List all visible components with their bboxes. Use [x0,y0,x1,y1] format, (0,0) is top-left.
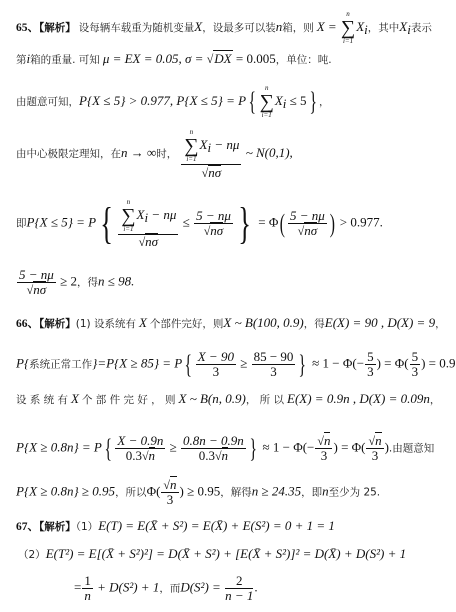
analysis-tag: 【解析】 [39,521,76,533]
p66-line-1: 66、【解析】(1) 设系统有 X 个部件完好，则X ~ B(100, 0.9)… [16,316,446,331]
analysis-tag: 【解析】 [39,22,76,34]
analysis-tag: 【解析】 [39,318,76,330]
p65-line-1: 65、【解析】 设每辆车载重为随机变量X，设最多可以装n箱，则 X = n∑i=… [16,10,432,46]
p65-line-6: 5 − nμ√nσ ≥ 2，得n ≤ 98. [16,268,134,297]
p67-line-3: =1n + D(S²) + 1，而D(S²) = 2n − 1. [74,574,258,603]
problem-number: 65、 [16,22,39,34]
p66-line-4: P{X ≥ 0.8n} = P{X − 0.9n0.3√n ≥ 0.8n − 0… [16,434,434,463]
summation: n∑i=1 [341,10,355,46]
problem-number: 67、 [16,521,39,533]
p65-line-4: 由中心极限定理知，在n → ∞时， n∑i=1Xi − nμ√nσ ~ N(0,… [16,128,293,180]
p66-line-3: 设 系 统 有 X 个 部 件 完 好 ， 则 X ~ B(n, 0.9)， 所… [16,392,440,407]
fraction: n∑i=1Xi − nμ√nσ [181,128,241,180]
p65-line-5: 即P{X ≤ 5} = P{n∑i=1Xi − nμ√nσ ≤ 5 − nμ√n… [16,198,383,249]
sqrt: √DX [207,52,233,66]
p67-line-2: （2）E(T²) = E[(X̄ + S²)²] = D(X̄ + S²) + … [18,547,406,562]
p66-line-5: P{X ≥ 0.8n} ≥ 0.95，所以Φ(√n3) ≥ 0.95，解得n ≥… [16,478,380,507]
p65-line-3: 由题意可知，P{X ≤ 5} > 0.977, P{X ≤ 5} = P{n∑i… [16,84,330,120]
p65-line-2: 第i箱的重量. 可知 μ = EX = 0.05, σ = √DX = 0.00… [16,52,332,67]
problem-number: 66、 [16,318,39,330]
p67-line-1: 67、【解析】（1）E(T) = E(X̄ + S²) = E(X̄) + E(… [16,519,335,534]
p66-line-2: P{系统正常工作}=P{X ≥ 85} = P{X − 903 ≥ 85 − 9… [16,350,456,379]
